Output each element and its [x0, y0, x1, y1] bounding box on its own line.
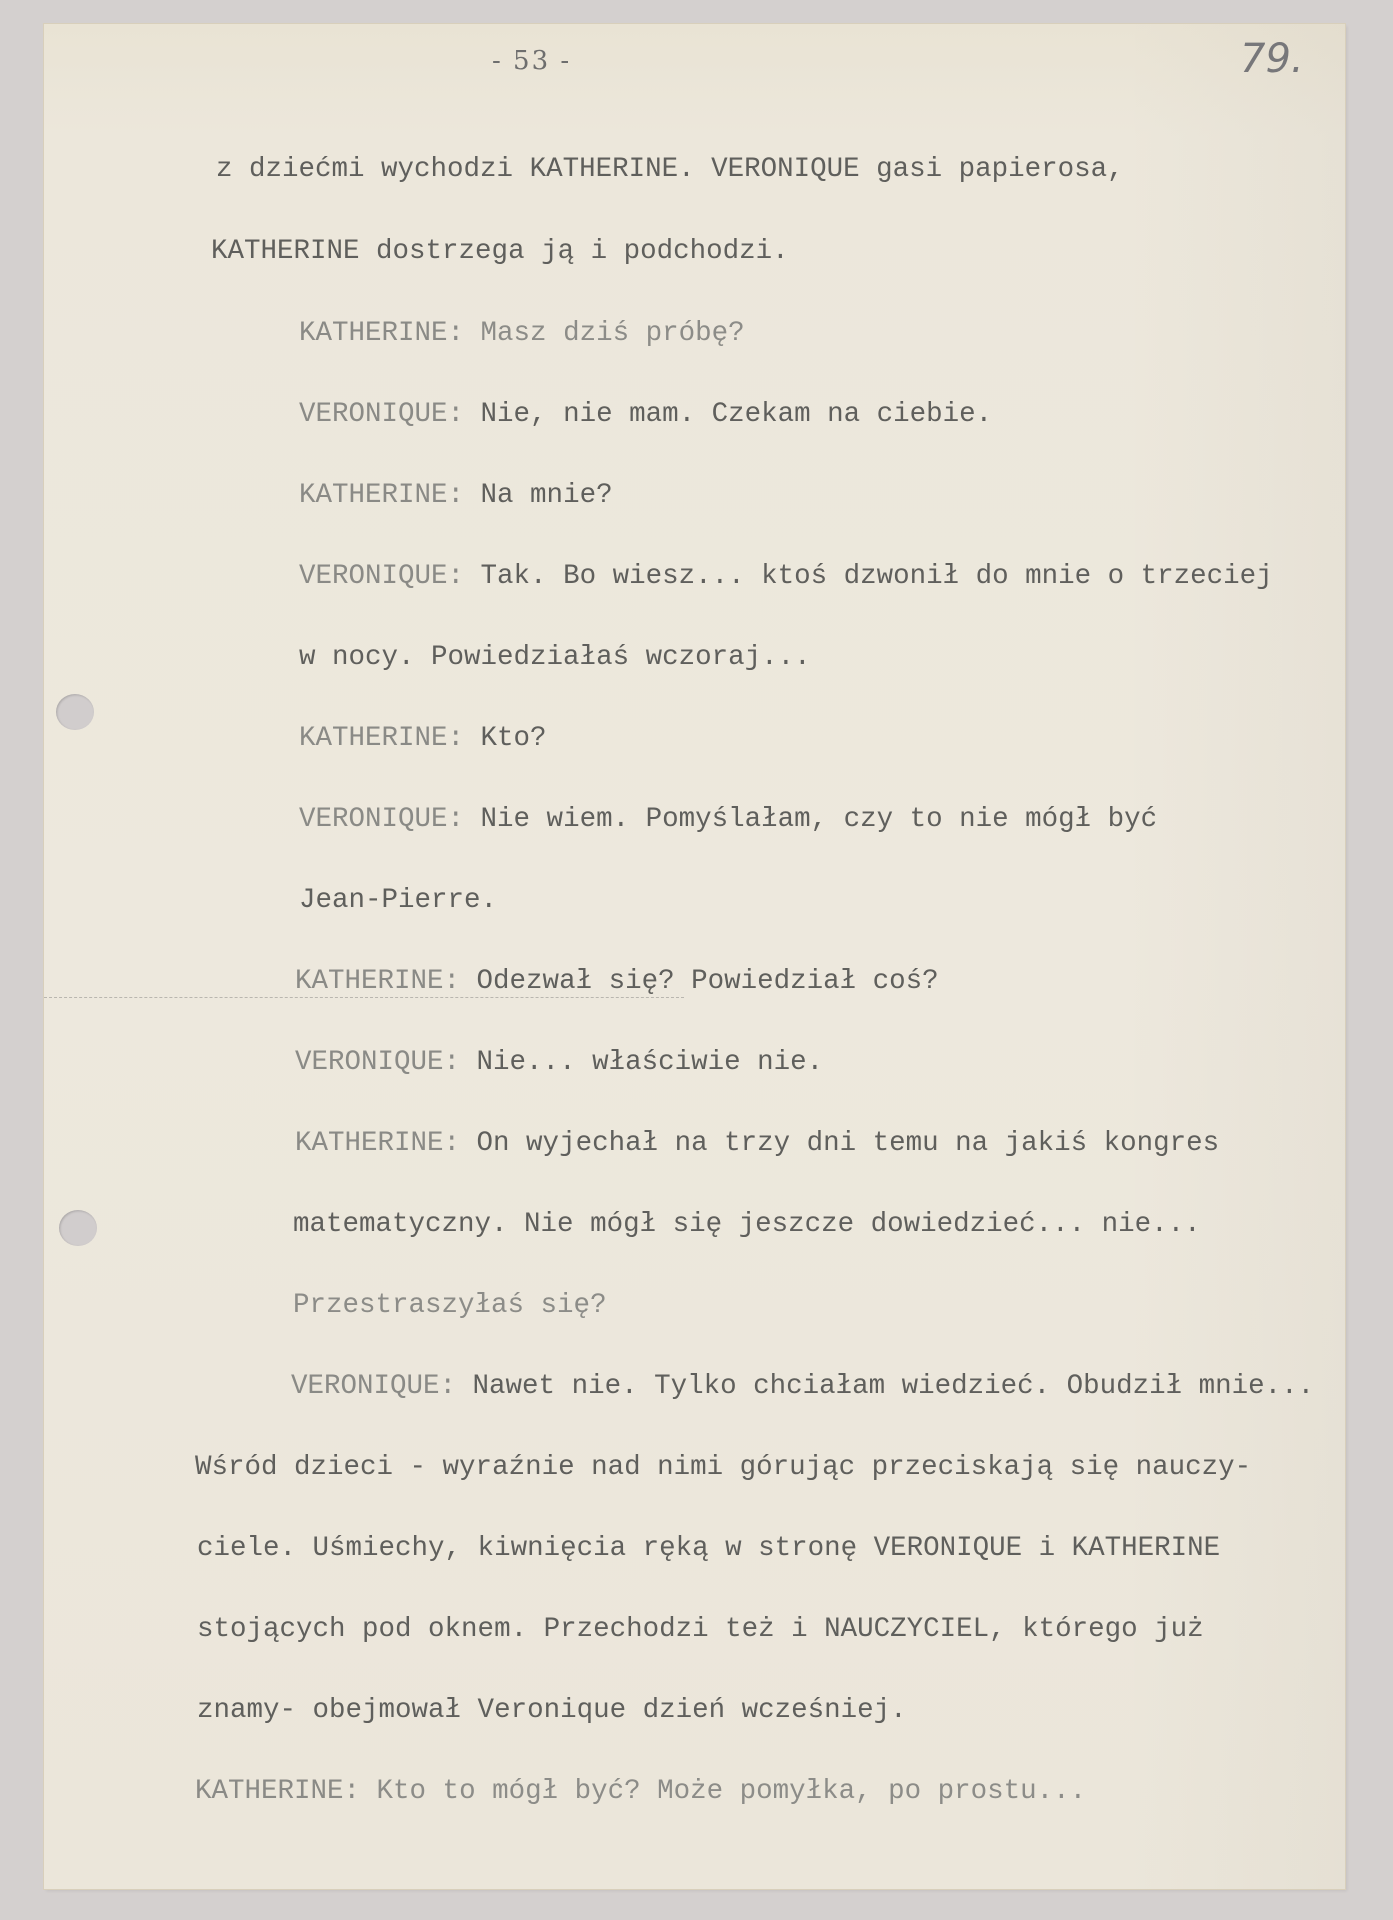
dialogue-text: Na mnie?: [464, 480, 613, 511]
dialogue-text: Nie... właściwie nie.: [460, 1047, 823, 1078]
stage-direction-line: Wśród dzieci - wyraźnie nad nimi górując…: [162, 1426, 1251, 1481]
dialogue-text: On wyjechał na trzy dni temu na jakiś ko…: [460, 1128, 1219, 1159]
fold-line: [44, 997, 684, 998]
line-text: Przestraszyłaś się?: [293, 1290, 607, 1321]
dialogue-text: Kto?: [464, 723, 547, 754]
dialogue-line: KATHERINE: Na mnie?: [266, 454, 613, 509]
speaker-name: KATHERINE:: [295, 1128, 460, 1159]
speaker-name: VERONIQUE:: [291, 1371, 456, 1402]
dialogue-line: VERONIQUE: Tak. Bo wiesz... ktoś dzwonił…: [266, 535, 1273, 590]
punch-hole-bottom: [59, 1210, 97, 1246]
line-text: znamy- obejmował Veronique dzień wcześni…: [197, 1695, 907, 1726]
stage-direction-line: znamy- obejmował Veronique dzień wcześni…: [164, 1669, 907, 1724]
line-text: ciele. Uśmiechy, kiwnięcia ręką w stronę…: [197, 1533, 1220, 1564]
speaker-name: KATHERINE:: [299, 318, 464, 349]
dialogue-line: KATHERINE: On wyjechał na trzy dni temu …: [262, 1102, 1219, 1157]
dialogue-line: KATHERINE: Odezwał się? Powiedział coś?: [262, 940, 939, 995]
line-text: KATHERINE dostrzega ją i podchodzi.: [211, 236, 789, 267]
speaker-name: KATHERINE:: [195, 1776, 360, 1807]
dialogue-text: Nie, nie mam. Czekam na ciebie.: [464, 399, 992, 430]
dialogue-continuation-line: w nocy. Powiedziałaś wczoraj...: [266, 616, 811, 671]
dialogue-continuation-line: Przestraszyłaś się?: [260, 1264, 607, 1319]
speaker-name: VERONIQUE:: [295, 1047, 460, 1078]
speaker-name: KATHERINE:: [299, 723, 464, 754]
dialogue-line: VERONIQUE: Nawet nie. Tylko chciałam wie…: [258, 1345, 1314, 1400]
line-text: z dziećmi wychodzi KATHERINE. VERONIQUE …: [216, 154, 1124, 185]
punch-hole-top: [56, 694, 94, 730]
line-text: Wśród dzieci - wyraźnie nad nimi górując…: [195, 1452, 1251, 1483]
stage-direction-line: z dziećmi wychodzi KATHERINE. VERONIQUE …: [183, 128, 1124, 183]
line-text: Jean-Pierre.: [299, 885, 497, 916]
speaker-name: KATHERINE:: [295, 966, 460, 997]
handwritten-folio-number: 79.: [1240, 36, 1304, 82]
dialogue-line: VERONIQUE: Nie, nie mam. Czekam na ciebi…: [266, 373, 992, 428]
dialogue-line: KATHERINE: Masz dziś próbę?: [266, 292, 745, 347]
dialogue-text: Kto to mógł być? Może pomyłka, po prostu…: [360, 1776, 1086, 1807]
page-number: - 53 -: [492, 46, 571, 76]
line-text: matematyczny. Nie mógł się jeszcze dowie…: [293, 1209, 1201, 1240]
stage-direction-line: stojących pod oknem. Przechodzi też i NA…: [164, 1588, 1204, 1643]
dialogue-text: Nie wiem. Pomyślałam, czy to nie mógł by…: [464, 804, 1157, 835]
dialogue-text: Tak. Bo wiesz... ktoś dzwonił do mnie o …: [464, 561, 1273, 592]
speaker-name: KATHERINE:: [299, 480, 464, 511]
dialogue-continuation-line: matematyczny. Nie mógł się jeszcze dowie…: [260, 1183, 1201, 1238]
dialogue-line: VERONIQUE: Nie... właściwie nie.: [262, 1021, 823, 1076]
dialogue-text: Masz dziś próbę?: [464, 318, 745, 349]
dialogue-line: VERONIQUE: Nie wiem. Pomyślałam, czy to …: [266, 778, 1157, 833]
speaker-name: VERONIQUE:: [299, 399, 464, 430]
stage-direction-line: ciele. Uśmiechy, kiwnięcia ręką w stronę…: [164, 1507, 1220, 1562]
dialogue-line: KATHERINE: Kto?: [266, 697, 547, 752]
dialogue-text: Odezwał się? Powiedział coś?: [460, 966, 939, 997]
speaker-name: VERONIQUE:: [299, 804, 464, 835]
line-text: stojących pod oknem. Przechodzi też i NA…: [197, 1614, 1204, 1645]
dialogue-continuation-line: Jean-Pierre.: [266, 859, 497, 914]
dialogue-text: Nawet nie. Tylko chciałam wiedzieć. Obud…: [456, 1371, 1314, 1402]
dialogue-line: KATHERINE: Kto to mógł być? Może pomyłka…: [162, 1750, 1086, 1805]
stage-direction-line: KATHERINE dostrzega ją i podchodzi.: [178, 210, 789, 265]
line-text: w nocy. Powiedziałaś wczoraj...: [299, 642, 811, 673]
speaker-name: VERONIQUE:: [299, 561, 464, 592]
